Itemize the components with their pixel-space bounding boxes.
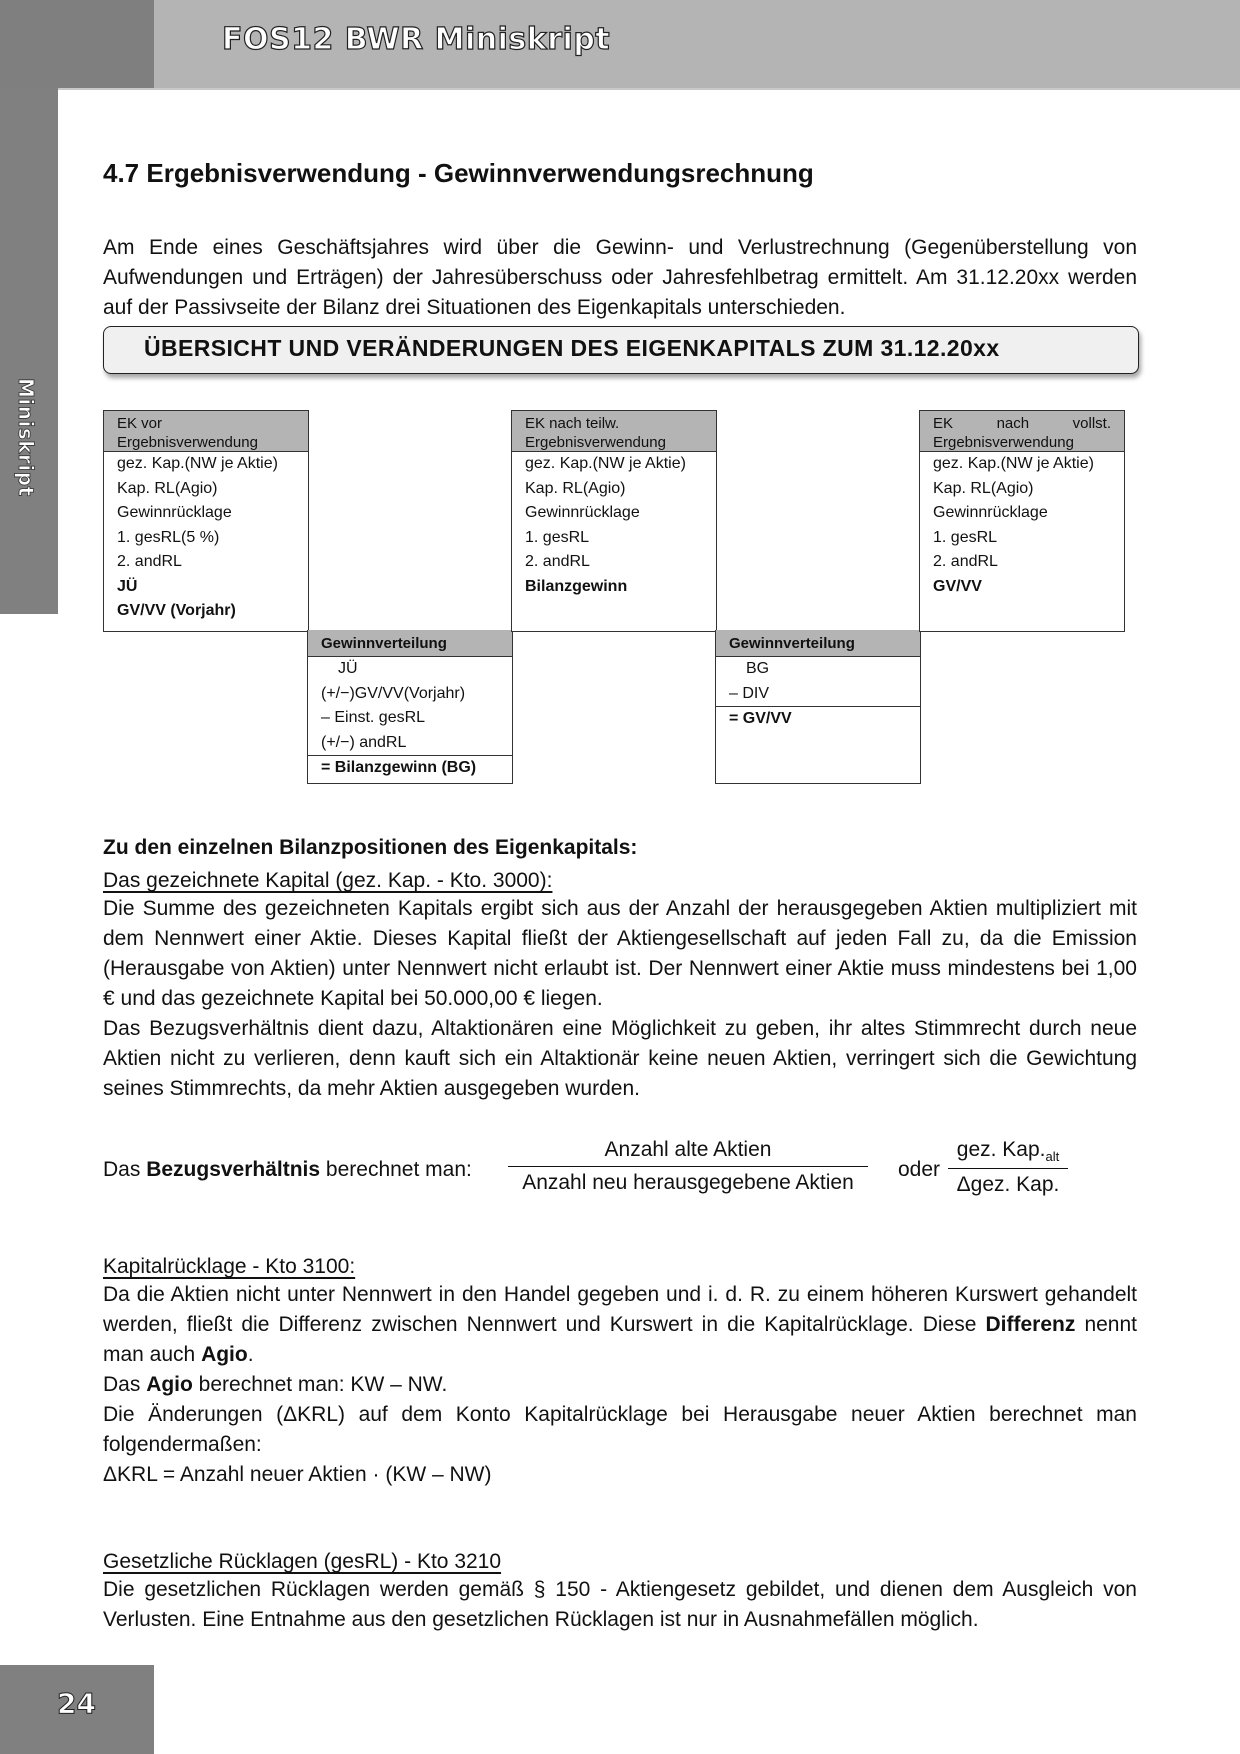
table-result-row: = GV/VV (716, 706, 920, 732)
banner-text: ÜBERSICHT UND VERÄNDERUNGEN DES EIGENKAP… (144, 335, 1000, 362)
kap-rl-text: . (248, 1343, 254, 1366)
fraction-numerator: Anzahl alte Aktien (508, 1138, 868, 1167)
table-row: BG (716, 657, 920, 682)
kap-rl-body: Da die Aktien nicht unter Nennwert in de… (103, 1280, 1137, 1490)
table-row: Gewinnrücklage (920, 501, 1124, 526)
section-title: 4.7 Ergebnisverwendung - Gewinnverwendun… (103, 158, 1137, 189)
bold-term: Agio (201, 1343, 248, 1366)
table-row: (+/−)GV/VV(Vorjahr) (308, 682, 512, 707)
numerator-text: gez. Kap. (957, 1138, 1046, 1161)
table-row: 2. andRL (512, 550, 716, 575)
document-title: FOS12 BWR Miniskript (222, 22, 610, 57)
table-row: 2. andRL (104, 550, 308, 575)
gez-kap-subtitle: Das gezeichnete Kapital (gez. Kap. - Kto… (103, 869, 552, 892)
table-row: Gewinnrücklage (104, 501, 308, 526)
formula-or: oder (898, 1158, 940, 1182)
ges-rl-subtitle-wrap: Gesetzliche Rücklagen (gesRL) - Kto 3210 (103, 1547, 1137, 1577)
fraction-capital: gez. Kap.alt Δgez. Kap. (948, 1138, 1068, 1197)
subscription-ratio-formula: Das Bezugsverhältnis berechnet man: Anza… (103, 1138, 1137, 1208)
kap-rl-text: Da die Aktien nicht unter Nennwert in de… (103, 1283, 1137, 1336)
gez-kap-subtitle-wrap: Das gezeichnete Kapital (gez. Kap. - Kto… (103, 866, 1137, 896)
kap-rl-subtitle-wrap: Kapitalrücklage - Kto 3100: (103, 1252, 1137, 1282)
ek-full-table: EK nach vollst. Ergebnisverwendung gez. … (919, 410, 1125, 632)
table-result-row: = Bilanzgewinn (BG) (308, 755, 512, 781)
agio-text: Das (103, 1373, 146, 1396)
table-row: – DIV (716, 682, 920, 707)
overview-banner: ÜBERSICHT UND VERÄNDERUNGEN DES EIGENKAP… (103, 326, 1139, 374)
formula-bold-term: Bezugsverhältnis (146, 1158, 320, 1181)
page-number: 24 (57, 1687, 96, 1720)
fraction-denominator: Δgez. Kap. (948, 1169, 1068, 1197)
table-header: Gewinnverteilung (308, 630, 512, 657)
table-row: Bilanzgewinn (512, 575, 716, 600)
agio-line: Das Agio berechnet man: KW – NW. (103, 1370, 1137, 1400)
formula-prefix: Das (103, 1158, 146, 1181)
table-row: GV/VV (Vorjahr) (104, 599, 308, 624)
bold-term: Agio (146, 1373, 193, 1396)
profit-distribution-1: Gewinnverteilung JÜ (+/−)GV/VV(Vorjahr) … (307, 630, 513, 784)
sidebar-tab: Miniskript (0, 88, 58, 614)
bold-term: Differenz (986, 1313, 1076, 1336)
kap-rl-paragraph-2: Die Änderungen (ΔKRL) auf dem Konto Kapi… (103, 1400, 1137, 1460)
table-row: 1. gesRL(5 %) (104, 526, 308, 551)
header-corner-block (0, 0, 154, 88)
numerator-subscript: alt (1046, 1149, 1060, 1164)
table-row: 1. gesRL (512, 526, 716, 551)
table-header: EK nach vollst. Ergebnisverwendung (920, 411, 1124, 452)
kap-rl-paragraph-1: Da die Aktien nicht unter Nennwert in de… (103, 1280, 1137, 1370)
ges-rl-paragraph: Die gesetzlichen Rücklagen werden gemäß … (103, 1575, 1137, 1635)
kap-rl-subtitle: Kapitalrücklage - Kto 3100: (103, 1255, 355, 1278)
table-header: Gewinnverteilung (716, 630, 920, 657)
table-row: (+/−) andRL (308, 731, 512, 756)
table-row: 2. andRL (920, 550, 1124, 575)
table-row: – Einst. gesRL (308, 706, 512, 731)
ek-partial-table: EK nach teilw. Ergebnisverwendung gez. K… (511, 410, 717, 632)
table-row: JÜ (308, 657, 512, 682)
formula-label: Das Bezugsverhältnis berechnet man: (103, 1158, 472, 1182)
gez-kap-paragraph-1: Die Summe des gezeichneten Kapitals ergi… (103, 894, 1137, 1014)
table-row: gez. Kap.(NW je Aktie) (920, 452, 1124, 477)
kap-rl-equation: ΔKRL = Anzahl neuer Aktien · (KW – NW) (103, 1460, 1137, 1490)
positions-heading: Zu den einzelnen Bilanzpositionen des Ei… (103, 836, 1137, 860)
page-number-box: 24 (0, 1665, 154, 1754)
table-row: Kap. RL(Agio) (512, 477, 716, 502)
header-band (0, 0, 1240, 90)
table-row: Kap. RL(Agio) (920, 477, 1124, 502)
table-row: GV/VV (920, 575, 1124, 600)
gez-kap-body: Die Summe des gezeichneten Kapitals ergi… (103, 894, 1137, 1104)
table-row: gez. Kap.(NW je Aktie) (104, 452, 308, 477)
table-header: EK nach teilw. Ergebnisverwendung (512, 411, 716, 452)
sidebar-label: Miniskript (14, 378, 38, 497)
ek-before-table: EK vor Ergebnisverwendung gez. Kap.(NW j… (103, 410, 309, 632)
agio-text: berechnet man: KW – NW. (193, 1373, 447, 1396)
intro-paragraph: Am Ende eines Geschäftsjahres wird über … (103, 233, 1137, 323)
table-row: Gewinnrücklage (512, 501, 716, 526)
fraction-shares: Anzahl alte Aktien Anzahl neu herausgege… (508, 1138, 868, 1195)
table-row: gez. Kap.(NW je Aktie) (512, 452, 716, 477)
table-row: Kap. RL(Agio) (104, 477, 308, 502)
formula-suffix: berechnet man: (320, 1158, 472, 1181)
fraction-numerator: gez. Kap.alt (948, 1138, 1068, 1169)
ges-rl-subtitle: Gesetzliche Rücklagen (gesRL) - Kto 3210 (103, 1550, 501, 1573)
table-row: 1. gesRL (920, 526, 1124, 551)
gez-kap-paragraph-2: Das Bezugsverhältnis dient dazu, Altakti… (103, 1014, 1137, 1104)
table-header: EK vor Ergebnisverwendung (104, 411, 308, 452)
profit-distribution-2: Gewinnverteilung BG – DIV = GV/VV (715, 630, 921, 784)
fraction-denominator: Anzahl neu herausgegebene Aktien (508, 1167, 868, 1195)
table-row: JÜ (104, 575, 308, 600)
